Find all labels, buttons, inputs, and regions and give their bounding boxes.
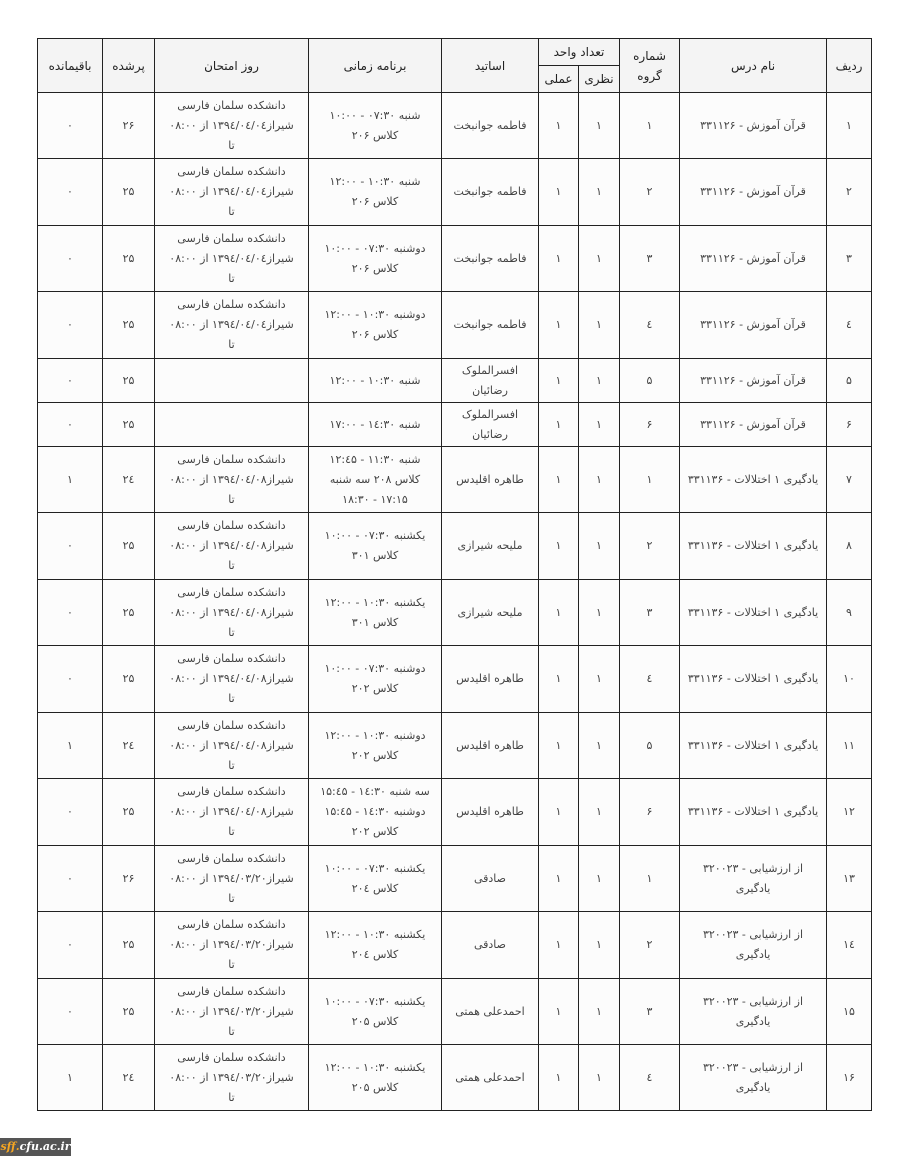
row-number: ۳ (827, 226, 872, 292)
header-theory: نظری (579, 66, 620, 93)
class-schedule-line: شنبه ۰۷:۳۰ - ۱۰:۰۰ (313, 106, 437, 126)
remaining-count: ۰ (38, 403, 103, 447)
header-units: تعداد واحد (539, 39, 620, 66)
table-row: ۳قرآن آموزش - ۳۳۱۱۲۶۳۱۱فاطمه جوانبختدوشن… (38, 226, 872, 292)
filled-count: ۲۵ (103, 292, 155, 359)
class-schedule-line: کلاس ۲۰۶ (313, 126, 437, 146)
teacher-name: طاهره اقلیدس (442, 447, 539, 513)
course-name: یادگیری ۱ اختلالات - ۳۳۱۱۳۶ (680, 580, 827, 646)
remaining-count: ۰ (38, 979, 103, 1045)
course-name: قرآن آموزش - ۳۳۱۱۲۶ (680, 359, 827, 403)
row-number: ۵ (827, 359, 872, 403)
practical-units: ۱ (539, 513, 579, 580)
theory-units: ۱ (579, 359, 620, 403)
header-row-number: ردیف (827, 39, 872, 93)
theory-units: ۱ (579, 159, 620, 226)
class-schedule-line: شنبه ۱٤:۳۰ - ۱۷:۰۰ (313, 415, 437, 435)
exam-day: دانشکده سلمان فارسیشیراز۱۳۹٤/۰٤/۰۸ از ۰۸… (155, 713, 309, 779)
class-schedule-line: شنبه ۱۱:۳۰ - ۱۲:٤۵ (313, 450, 437, 470)
row-number: ٤ (827, 292, 872, 359)
header-group-number: شماره گروه (620, 39, 680, 93)
row-number: ۶ (827, 403, 872, 447)
header-remaining: باقیمانده (38, 39, 103, 93)
theory-units: ۱ (579, 226, 620, 292)
table-row: ۱قرآن آموزش - ۳۳۱۱۲۶۱۱۱فاطمه جوانبختشنبه… (38, 93, 872, 159)
practical-units: ۱ (539, 580, 579, 646)
course-name: یادگیری ۱ اختلالات - ۳۳۱۱۳۶ (680, 646, 827, 713)
teacher-name-line: طاهره اقلیدس (446, 736, 534, 756)
practical-units: ۱ (539, 979, 579, 1045)
filled-count: ۲۵ (103, 779, 155, 846)
group-number: ۲ (620, 159, 680, 226)
class-schedule: یکشنبه ۱۰:۳۰ - ۱۲:۰۰کلاس ۲۰۵ (309, 1045, 442, 1111)
class-schedule-line: کلاس ۳۰۱ (313, 546, 437, 566)
class-schedule: یکشنبه ۱۰:۳۰ - ۱۲:۰۰کلاس ۲۰٤ (309, 912, 442, 979)
site-watermark: sff.cfu.ac.ir (0, 1138, 71, 1156)
remaining-count: ۰ (38, 93, 103, 159)
class-schedule: سه شنبه ۱٤:۳۰ - ۱۵:٤۵دوشنبه ۱٤:۳۰ - ۱۵:٤… (309, 779, 442, 846)
theory-units: ۱ (579, 580, 620, 646)
course-name: یادگیری ۱ اختلالات - ۳۳۱۱۳۶ (680, 447, 827, 513)
group-number: ۵ (620, 713, 680, 779)
practical-units: ۱ (539, 292, 579, 359)
filled-count: ۲۵ (103, 646, 155, 713)
exam-day-line: شیراز۱۳۹٤/۰٤/۰۸ از ۰۸:۰۰ (159, 536, 304, 556)
filled-count: ۲۵ (103, 359, 155, 403)
class-schedule-line: کلاس ۲۰۶ (313, 192, 437, 212)
header-schedule: برنامه زمانی (309, 39, 442, 93)
filled-count: ۲۵ (103, 580, 155, 646)
exam-day-line: دانشکده سلمان فارسی (159, 782, 304, 802)
practical-units: ۱ (539, 846, 579, 912)
teacher-name: احمدعلی همتی (442, 1045, 539, 1111)
header-filled: پرشده (103, 39, 155, 93)
exam-day-line: تا (159, 822, 304, 842)
course-name: از ارزشیابی - ۳۲۰۰۲۳ یادگیری (680, 979, 827, 1045)
teacher-name: طاهره اقلیدس (442, 713, 539, 779)
exam-day: دانشکده سلمان فارسیشیراز۱۳۹٤/۰٤/۰٤ از ۰۸… (155, 226, 309, 292)
remaining-count: ۰ (38, 646, 103, 713)
class-schedule: دوشنبه ۱۰:۳۰ - ۱۲:۰۰کلاس ۲۰۶ (309, 292, 442, 359)
teacher-name-line: افسرالملوک (446, 361, 534, 381)
exam-day-line: دانشکده سلمان فارسی (159, 1048, 304, 1068)
theory-units: ۱ (579, 513, 620, 580)
course-name: قرآن آموزش - ۳۳۱۱۲۶ (680, 292, 827, 359)
exam-day-line: شیراز۱۳۹٤/۰٤/۰٤ از ۰۸:۰۰ (159, 116, 304, 136)
teacher-name-line: رضائیان (446, 381, 534, 401)
class-schedule: یکشنبه ۰۷:۳۰ - ۱۰:۰۰کلاس ۲۰۵ (309, 979, 442, 1045)
course-name: قرآن آموزش - ۳۳۱۱۲۶ (680, 226, 827, 292)
exam-day: دانشکده سلمان فارسیشیراز۱۳۹٤/۰٤/۰٤ از ۰۸… (155, 292, 309, 359)
header-course-name: نام درس (680, 39, 827, 93)
table-row: ۲قرآن آموزش - ۳۳۱۱۲۶۲۱۱فاطمه جوانبختشنبه… (38, 159, 872, 226)
row-number: ۱۲ (827, 779, 872, 846)
exam-day-line: دانشکده سلمان فارسی (159, 162, 304, 182)
theory-units: ۱ (579, 1045, 620, 1111)
class-schedule-line: شنبه ۱۰:۳۰ - ۱۲:۰۰ (313, 172, 437, 192)
teacher-name-line: افسرالملوک (446, 405, 534, 425)
class-schedule-line: دوشنبه ۱۰:۳۰ - ۱۲:۰۰ (313, 305, 437, 325)
exam-day-line: دانشکده سلمان فارسی (159, 295, 304, 315)
teacher-name: فاطمه جوانبخت (442, 226, 539, 292)
class-schedule-line: کلاس ۳۰۱ (313, 613, 437, 633)
row-number: ۱٤ (827, 912, 872, 979)
class-schedule-line: ۱۷:۱۵ - ۱۸:۳۰ (313, 490, 437, 510)
teacher-name-line: صادقی (446, 935, 534, 955)
practical-units: ۱ (539, 226, 579, 292)
theory-units: ۱ (579, 447, 620, 513)
exam-day-line: تا (159, 623, 304, 643)
exam-day-line: دانشکده سلمان فارسی (159, 649, 304, 669)
group-number: ۳ (620, 979, 680, 1045)
practical-units: ۱ (539, 713, 579, 779)
exam-day-line: تا (159, 689, 304, 709)
row-number: ۹ (827, 580, 872, 646)
exam-day (155, 403, 309, 447)
class-schedule: دوشنبه ۱۰:۳۰ - ۱۲:۰۰کلاس ۲۰۲ (309, 713, 442, 779)
filled-count: ۲۵ (103, 513, 155, 580)
exam-day-line: تا (159, 269, 304, 289)
remaining-count: ۱ (38, 1045, 103, 1111)
teacher-name: فاطمه جوانبخت (442, 93, 539, 159)
theory-units: ۱ (579, 779, 620, 846)
practical-units: ۱ (539, 779, 579, 846)
class-schedule-line: یکشنبه ۰۷:۳۰ - ۱۰:۰۰ (313, 526, 437, 546)
teacher-name-line: فاطمه جوانبخت (446, 182, 534, 202)
teacher-name-line: طاهره اقلیدس (446, 669, 534, 689)
filled-count: ۲۶ (103, 846, 155, 912)
exam-day-line: تا (159, 955, 304, 975)
exam-day-line: شیراز۱۳۹٤/۰۳/۲۰ از ۰۸:۰۰ (159, 1068, 304, 1088)
filled-count: ۲۵ (103, 979, 155, 1045)
exam-day-line: تا (159, 556, 304, 576)
exam-day-line: شیراز۱۳۹٤/۰۳/۲۰ از ۰۸:۰۰ (159, 935, 304, 955)
exam-day-line: شیراز۱۳۹٤/۰٤/۰۸ از ۰۸:۰۰ (159, 603, 304, 623)
exam-day: دانشکده سلمان فارسیشیراز۱۳۹٤/۰٤/۰۸ از ۰۸… (155, 513, 309, 580)
teacher-name-line: طاهره اقلیدس (446, 470, 534, 490)
practical-units: ۱ (539, 403, 579, 447)
table-row: ۶قرآن آموزش - ۳۳۱۱۲۶۶۱۱افسرالملوکرضائیان… (38, 403, 872, 447)
exam-day: دانشکده سلمان فارسیشیراز۱۳۹٤/۰۳/۲۰ از ۰۸… (155, 979, 309, 1045)
header-teachers: اساتید (442, 39, 539, 93)
class-schedule-line: شنبه ۱۰:۳۰ - ۱۲:۰۰ (313, 371, 437, 391)
course-name: یادگیری ۱ اختلالات - ۳۳۱۱۳۶ (680, 513, 827, 580)
theory-units: ۱ (579, 292, 620, 359)
exam-day: دانشکده سلمان فارسیشیراز۱۳۹٤/۰٤/۰۸ از ۰۸… (155, 779, 309, 846)
exam-day: دانشکده سلمان فارسیشیراز۱۳۹٤/۰٤/۰٤ از ۰۸… (155, 159, 309, 226)
exam-day: دانشکده سلمان فارسیشیراز۱۳۹٤/۰٤/۰۸ از ۰۸… (155, 447, 309, 513)
exam-day-line: شیراز۱۳۹٤/۰٤/۰٤ از ۰۸:۰۰ (159, 315, 304, 335)
group-number: ۱ (620, 93, 680, 159)
remaining-count: ۰ (38, 846, 103, 912)
teacher-name: ملیحه شیرازی (442, 513, 539, 580)
filled-count: ۲٤ (103, 447, 155, 513)
teacher-name-line: فاطمه جوانبخت (446, 116, 534, 136)
exam-day-line: شیراز۱۳۹٤/۰۳/۲۰ از ۰۸:۰۰ (159, 869, 304, 889)
group-number: ۶ (620, 779, 680, 846)
practical-units: ۱ (539, 159, 579, 226)
remaining-count: ۰ (38, 359, 103, 403)
exam-day-line: شیراز۱۳۹٤/۰٤/۰۸ از ۰۸:۰۰ (159, 470, 304, 490)
table-row: ۷یادگیری ۱ اختلالات - ۳۳۱۱۳۶۱۱۱طاهره اقل… (38, 447, 872, 513)
group-number: ۲ (620, 513, 680, 580)
exam-day-line: تا (159, 889, 304, 909)
theory-units: ۱ (579, 846, 620, 912)
table-row: ۹یادگیری ۱ اختلالات - ۳۳۱۱۳۶۳۱۱ملیحه شیر… (38, 580, 872, 646)
teacher-name-line: احمدعلی همتی (446, 1068, 534, 1088)
row-number: ۸ (827, 513, 872, 580)
group-number: ۵ (620, 359, 680, 403)
header-practical: عملی (539, 66, 579, 93)
class-schedule-line: کلاس ۲۰۲ (313, 822, 437, 842)
exam-day-line: دانشکده سلمان فارسی (159, 450, 304, 470)
class-schedule-line: دوشنبه ۰۷:۳۰ - ۱۰:۰۰ (313, 239, 437, 259)
practical-units: ۱ (539, 912, 579, 979)
filled-count: ۲۵ (103, 159, 155, 226)
class-schedule-line: کلاس ۲۰۸ سه شنبه (313, 470, 437, 490)
teacher-name: طاهره اقلیدس (442, 779, 539, 846)
exam-day-line: تا (159, 756, 304, 776)
practical-units: ۱ (539, 447, 579, 513)
theory-units: ۱ (579, 646, 620, 713)
exam-day-line: تا (159, 136, 304, 156)
class-schedule-line: یکشنبه ۱۰:۳۰ - ۱۲:۰۰ (313, 925, 437, 945)
table-row: ۱۱یادگیری ۱ اختلالات - ۳۳۱۱۳۶۵۱۱طاهره اق… (38, 713, 872, 779)
class-schedule-line: یکشنبه ۱۰:۳۰ - ۱۲:۰۰ (313, 1058, 437, 1078)
row-number: ۱ (827, 93, 872, 159)
theory-units: ۱ (579, 93, 620, 159)
teacher-name: طاهره اقلیدس (442, 646, 539, 713)
teacher-name-line: ملیحه شیرازی (446, 536, 534, 556)
class-schedule: شنبه ۱۱:۳۰ - ۱۲:٤۵کلاس ۲۰۸ سه شنبه۱۷:۱۵ … (309, 447, 442, 513)
group-number: ۶ (620, 403, 680, 447)
exam-day: دانشکده سلمان فارسیشیراز۱۳۹٤/۰٤/۰٤ از ۰۸… (155, 93, 309, 159)
course-name: قرآن آموزش - ۳۳۱۱۲۶ (680, 159, 827, 226)
filled-count: ۲۵ (103, 226, 155, 292)
practical-units: ۱ (539, 359, 579, 403)
table-row: ۱۲یادگیری ۱ اختلالات - ۳۳۱۱۳۶۶۱۱طاهره اق… (38, 779, 872, 846)
teacher-name: افسرالملوکرضائیان (442, 359, 539, 403)
remaining-count: ۰ (38, 292, 103, 359)
exam-day: دانشکده سلمان فارسیشیراز۱۳۹٤/۰۳/۲۰ از ۰۸… (155, 912, 309, 979)
teacher-name-line: احمدعلی همتی (446, 1002, 534, 1022)
class-schedule: یکشنبه ۱۰:۳۰ - ۱۲:۰۰کلاس ۳۰۱ (309, 580, 442, 646)
class-schedule: دوشنبه ۰۷:۳۰ - ۱۰:۰۰کلاس ۲۰۲ (309, 646, 442, 713)
remaining-count: ۰ (38, 226, 103, 292)
class-schedule: یکشنبه ۰۷:۳۰ - ۱۰:۰۰کلاس ۲۰٤ (309, 846, 442, 912)
teacher-name: فاطمه جوانبخت (442, 292, 539, 359)
class-schedule-line: کلاس ۲۰۵ (313, 1012, 437, 1032)
table-row: ٤قرآن آموزش - ۳۳۱۱۲۶٤۱۱فاطمه جوانبختدوشن… (38, 292, 872, 359)
theory-units: ۱ (579, 912, 620, 979)
exam-day-line: شیراز۱۳۹٤/۰٤/۰۸ از ۰۸:۰۰ (159, 669, 304, 689)
exam-day-line: شیراز۱۳۹٤/۰٤/۰۸ از ۰۸:۰۰ (159, 736, 304, 756)
remaining-count: ۰ (38, 912, 103, 979)
practical-units: ۱ (539, 93, 579, 159)
teacher-name: احمدعلی همتی (442, 979, 539, 1045)
class-schedule-line: سه شنبه ۱٤:۳۰ - ۱۵:٤۵ (313, 782, 437, 802)
table-body: ۱قرآن آموزش - ۳۳۱۱۲۶۱۱۱فاطمه جوانبختشنبه… (38, 93, 872, 1111)
class-schedule-line: کلاس ۲۰۶ (313, 259, 437, 279)
teacher-name: افسرالملوکرضائیان (442, 403, 539, 447)
filled-count: ۲٤ (103, 1045, 155, 1111)
class-schedule-line: یکشنبه ۰۷:۳۰ - ۱۰:۰۰ (313, 859, 437, 879)
class-schedule-line: دوشنبه ۱۰:۳۰ - ۱۲:۰۰ (313, 726, 437, 746)
teacher-name-line: ملیحه شیرازی (446, 603, 534, 623)
row-number: ۲ (827, 159, 872, 226)
row-number: ۱۵ (827, 979, 872, 1045)
class-schedule-line: دوشنبه ۰۷:۳۰ - ۱۰:۰۰ (313, 659, 437, 679)
remaining-count: ۰ (38, 159, 103, 226)
class-schedule-line: یکشنبه ۰۷:۳۰ - ۱۰:۰۰ (313, 992, 437, 1012)
watermark-prefix: sff. (0, 1140, 19, 1153)
practical-units: ۱ (539, 1045, 579, 1111)
exam-day-line: دانشکده سلمان فارسی (159, 915, 304, 935)
class-schedule-line: دوشنبه ۱٤:۳۰ - ۱۵:٤۵ (313, 802, 437, 822)
class-schedule: یکشنبه ۰۷:۳۰ - ۱۰:۰۰کلاس ۳۰۱ (309, 513, 442, 580)
exam-day-line: تا (159, 202, 304, 222)
row-number: ۱۶ (827, 1045, 872, 1111)
teacher-name: ملیحه شیرازی (442, 580, 539, 646)
class-schedule: شنبه ۱۰:۳۰ - ۱۲:۰۰کلاس ۲۰۶ (309, 159, 442, 226)
class-schedule-line: کلاس ۲۰٤ (313, 879, 437, 899)
teacher-name-line: رضائیان (446, 425, 534, 445)
watermark-domain: cfu.ac.ir (20, 1140, 71, 1153)
teacher-name-line: فاطمه جوانبخت (446, 315, 534, 335)
course-name: از ارزشیابی - ۳۲۰۰۲۳ یادگیری (680, 846, 827, 912)
exam-day-line: شیراز۱۳۹٤/۰٤/۰٤ از ۰۸:۰۰ (159, 182, 304, 202)
group-number: ٤ (620, 292, 680, 359)
table-row: ۵قرآن آموزش - ۳۳۱۱۲۶۵۱۱افسرالملوکرضائیان… (38, 359, 872, 403)
exam-day: دانشکده سلمان فارسیشیراز۱۳۹٤/۰٤/۰۸ از ۰۸… (155, 646, 309, 713)
class-schedule-line: کلاس ۲۰۵ (313, 1078, 437, 1098)
teacher-name-line: طاهره اقلیدس (446, 802, 534, 822)
row-number: ۷ (827, 447, 872, 513)
exam-day: دانشکده سلمان فارسیشیراز۱۳۹٤/۰٤/۰۸ از ۰۸… (155, 580, 309, 646)
class-schedule-line: کلاس ۲۰۲ (313, 679, 437, 699)
class-schedule: دوشنبه ۰۷:۳۰ - ۱۰:۰۰کلاس ۲۰۶ (309, 226, 442, 292)
teacher-name: صادقی (442, 846, 539, 912)
course-name: یادگیری ۱ اختلالات - ۳۳۱۱۳۶ (680, 713, 827, 779)
table-row: ۱٤از ارزشیابی - ۳۲۰۰۲۳ یادگیری۲۱۱صادقییک… (38, 912, 872, 979)
filled-count: ۲۵ (103, 912, 155, 979)
group-number: ۳ (620, 580, 680, 646)
table-row: ۱۵از ارزشیابی - ۳۲۰۰۲۳ یادگیری۳۱۱احمدعلی… (38, 979, 872, 1045)
exam-day-line: دانشکده سلمان فارسی (159, 229, 304, 249)
exam-day: دانشکده سلمان فارسیشیراز۱۳۹٤/۰۳/۲۰ از ۰۸… (155, 846, 309, 912)
class-schedule-line: کلاس ۲۰۶ (313, 325, 437, 345)
exam-day-line: شیراز۱۳۹٤/۰٤/۰٤ از ۰۸:۰۰ (159, 249, 304, 269)
exam-day-line: دانشکده سلمان فارسی (159, 96, 304, 116)
remaining-count: ۱ (38, 713, 103, 779)
row-number: ۱۳ (827, 846, 872, 912)
table-row: ۸یادگیری ۱ اختلالات - ۳۳۱۱۳۶۲۱۱ملیحه شیر… (38, 513, 872, 580)
exam-day-line: شیراز۱۳۹٤/۰۳/۲۰ از ۰۸:۰۰ (159, 1002, 304, 1022)
filled-count: ۲۵ (103, 403, 155, 447)
course-name: قرآن آموزش - ۳۳۱۱۲۶ (680, 93, 827, 159)
class-schedule: شنبه ۱٤:۳۰ - ۱۷:۰۰ (309, 403, 442, 447)
remaining-count: ۰ (38, 779, 103, 846)
class-schedule-line: یکشنبه ۱۰:۳۰ - ۱۲:۰۰ (313, 593, 437, 613)
group-number: ٤ (620, 1045, 680, 1111)
exam-day (155, 359, 309, 403)
exam-day-line: دانشکده سلمان فارسی (159, 516, 304, 536)
theory-units: ۱ (579, 979, 620, 1045)
filled-count: ۲۶ (103, 93, 155, 159)
table-row: ۱۳از ارزشیابی - ۳۲۰۰۲۳ یادگیری۱۱۱صادقییک… (38, 846, 872, 912)
exam-day-line: دانشکده سلمان فارسی (159, 583, 304, 603)
theory-units: ۱ (579, 403, 620, 447)
exam-day-line: دانشکده سلمان فارسی (159, 982, 304, 1002)
group-number: ۱ (620, 447, 680, 513)
exam-day-line: تا (159, 335, 304, 355)
row-number: ۱۰ (827, 646, 872, 713)
course-name: از ارزشیابی - ۳۲۰۰۲۳ یادگیری (680, 912, 827, 979)
remaining-count: ۱ (38, 447, 103, 513)
row-number: ۱۱ (827, 713, 872, 779)
table-row: ۱۰یادگیری ۱ اختلالات - ۳۳۱۱۳۶٤۱۱طاهره اق… (38, 646, 872, 713)
teacher-name: صادقی (442, 912, 539, 979)
table-row: ۱۶از ارزشیابی - ۳۲۰۰۲۳ یادگیری٤۱۱احمدعلی… (38, 1045, 872, 1111)
practical-units: ۱ (539, 646, 579, 713)
course-name: از ارزشیابی - ۳۲۰۰۲۳ یادگیری (680, 1045, 827, 1111)
course-schedule-table: ردیف نام درس شماره گروه تعداد واحد اساتی… (37, 38, 872, 1111)
class-schedule: شنبه ۱۰:۳۰ - ۱۲:۰۰ (309, 359, 442, 403)
teacher-name: فاطمه جوانبخت (442, 159, 539, 226)
group-number: ۱ (620, 846, 680, 912)
header-exam-day: روز امتحان (155, 39, 309, 93)
exam-day-line: تا (159, 1088, 304, 1108)
course-name: قرآن آموزش - ۳۳۱۱۲۶ (680, 403, 827, 447)
teacher-name-line: صادقی (446, 869, 534, 889)
group-number: ٤ (620, 646, 680, 713)
remaining-count: ۰ (38, 513, 103, 580)
exam-day-line: دانشکده سلمان فارسی (159, 716, 304, 736)
filled-count: ۲٤ (103, 713, 155, 779)
class-schedule-line: کلاس ۲۰٤ (313, 945, 437, 965)
exam-day: دانشکده سلمان فارسیشیراز۱۳۹٤/۰۳/۲۰ از ۰۸… (155, 1045, 309, 1111)
teacher-name-line: فاطمه جوانبخت (446, 249, 534, 269)
theory-units: ۱ (579, 713, 620, 779)
remaining-count: ۰ (38, 580, 103, 646)
course-name: یادگیری ۱ اختلالات - ۳۳۱۱۳۶ (680, 779, 827, 846)
exam-day-line: شیراز۱۳۹٤/۰٤/۰۸ از ۰۸:۰۰ (159, 802, 304, 822)
group-number: ۳ (620, 226, 680, 292)
exam-day-line: تا (159, 490, 304, 510)
class-schedule: شنبه ۰۷:۳۰ - ۱۰:۰۰کلاس ۲۰۶ (309, 93, 442, 159)
class-schedule-line: کلاس ۲۰۲ (313, 746, 437, 766)
exam-day-line: دانشکده سلمان فارسی (159, 849, 304, 869)
group-number: ۲ (620, 912, 680, 979)
exam-day-line: تا (159, 1022, 304, 1042)
